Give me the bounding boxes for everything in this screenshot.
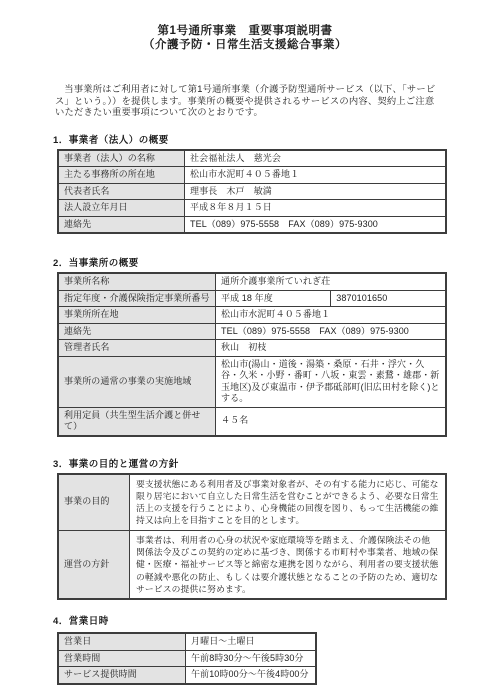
row-label: サービス提供時間 [58, 667, 186, 684]
table-row: 事業の目的 要支援状態にある利用者及び事業対象者が、その有する能力に応じ、可能な… [58, 474, 446, 531]
table-row: 事業所名称 通所介護事業所ていれぎ荘 [58, 273, 446, 290]
document-subtitle: （介護予防・日常生活支援総合事業） [0, 38, 490, 52]
row-value: TEL（089）975-5558 FAX（089）975-9300 [185, 216, 447, 233]
row-label: 法人設立年月日 [58, 200, 185, 217]
row-label: 管理者氏名 [58, 340, 216, 357]
table-row: 事業者（法人）の名称 社会福祉法人 慈光会 [58, 150, 446, 167]
document-page: 第1号通所事業 重要事項説明書 （介護予防・日常生活支援総合事業） 当事業所はご… [0, 0, 490, 693]
row-label: 代表者氏名 [58, 183, 185, 200]
section-4-heading: 4．営業日時 [53, 613, 490, 627]
row-value: TEL（089）975-5558 FAX（089）975-9300 [216, 323, 447, 340]
row-value: 松山市水泥町４０５番地１ [185, 167, 447, 184]
row-label: 営業日 [58, 633, 186, 650]
row-value: 通所介護事業所ていれぎ荘 [216, 273, 447, 290]
provider-overview-table: 事業者（法人）の名称 社会福祉法人 慈光会 主たる事務所の所在地 松山市水泥町４… [57, 149, 447, 235]
table-row: 事業所所在地 松山市水泥町４０５番地１ [58, 307, 446, 324]
table-row: 主たる事務所の所在地 松山市水泥町４０５番地１ [58, 167, 446, 184]
business-hours-table: 営業日 月曜日～土曜日 営業時間 午前8時30分～午後5時30分 サービス提供時… [57, 632, 317, 685]
intro-paragraph: 当事業所はご利用者に対して第1号通所事業（介護予防型通所サービス（以下、「サービ… [55, 84, 443, 119]
document-title-block: 第1号通所事業 重要事項説明書 （介護予防・日常生活支援総合事業） [0, 24, 490, 52]
table-row: 連絡先 TEL（089）975-5558 FAX（089）975-9300 [58, 216, 446, 233]
row-label: 主たる事務所の所在地 [58, 167, 185, 184]
table-row: 営業時間 午前8時30分～午後5時30分 [58, 650, 316, 667]
row-value: 松山市水泥町４０５番地１ [216, 307, 447, 324]
table-row: 利用定員（共生型生活介護と併せて） ４５名 [58, 407, 446, 436]
table-row: 代表者氏名 理事長 木戸 敏満 [58, 183, 446, 200]
row-value: 午前8時30分～午後5時30分 [186, 650, 317, 667]
row-label: 連絡先 [58, 216, 185, 233]
table-row: 管理者氏名 秋山 初枝 [58, 340, 446, 357]
document-title: 第1号通所事業 重要事項説明書 [0, 24, 490, 38]
section-3-heading: 3．事業の目的と運営の方針 [53, 456, 490, 470]
row-value: 社会福祉法人 慈光会 [185, 150, 447, 167]
row-value: ４５名 [216, 407, 447, 436]
designation-number: 3870101650 [331, 290, 446, 307]
row-label: 連絡先 [58, 323, 216, 340]
row-label: 事業所名称 [58, 273, 216, 290]
table-row: 営業日 月曜日～土曜日 [58, 633, 316, 650]
row-value: 月曜日～土曜日 [186, 633, 317, 650]
row-label: 利用定員（共生型生活介護と併せて） [58, 407, 216, 436]
row-label: 営業時間 [58, 650, 186, 667]
row-label: 事業の目的 [58, 474, 130, 531]
row-label: 事業者（法人）の名称 [58, 150, 185, 167]
table-row: 連絡先 TEL（089）975-5558 FAX（089）975-9300 [58, 323, 446, 340]
row-value: 理事長 木戸 敏満 [185, 183, 447, 200]
table-row: 事業所の通常の事業の実施地域 松山市(湯山・道後・湯築・桑原・石井・浮穴・久谷・… [58, 356, 446, 407]
section-1-heading: 1．事業者（法人）の概要 [53, 132, 490, 146]
table-row: 法人設立年月日 平成８年８月１５日 [58, 200, 446, 217]
row-value: 秋山 初枝 [216, 340, 447, 357]
row-value: 午前10時00分～午後4時00分 [186, 667, 317, 684]
row-value: 松山市(湯山・道後・湯築・桑原・石井・浮穴・久谷・久米・小野・番町・八坂・東雲・… [216, 356, 447, 407]
row-label: 事業所所在地 [58, 307, 216, 324]
row-label: 運営の方針 [58, 530, 130, 599]
row-value: 事業者は、利用者の心身の状況や家庭環境等を踏まえ、介護保険法その他関係法令及びこ… [130, 530, 447, 599]
row-label: 指定年度・介護保険指定事業所番号 [58, 290, 216, 307]
designation-year: 平成 18 年度 [216, 290, 331, 307]
row-label: 事業所の通常の事業の実施地域 [58, 356, 216, 407]
purpose-policy-table: 事業の目的 要支援状態にある利用者及び事業対象者が、その有する能力に応じ、可能な… [57, 473, 447, 601]
office-overview-table: 事業所名称 通所介護事業所ていれぎ荘 指定年度・介護保険指定事業所番号 平成 1… [57, 272, 447, 437]
table-row: 運営の方針 事業者は、利用者の心身の状況や家庭環境等を踏まえ、介護保険法その他関… [58, 530, 446, 599]
section-2-heading: 2．当事業所の概要 [53, 255, 490, 269]
table-row: 指定年度・介護保険指定事業所番号 平成 18 年度 3870101650 [58, 290, 446, 307]
row-value: 平成８年８月１５日 [185, 200, 447, 217]
row-value: 要支援状態にある利用者及び事業対象者が、その有する能力に応じ、可能な限り居宅にお… [130, 474, 447, 531]
table-row: サービス提供時間 午前10時00分～午後4時00分 [58, 667, 316, 684]
